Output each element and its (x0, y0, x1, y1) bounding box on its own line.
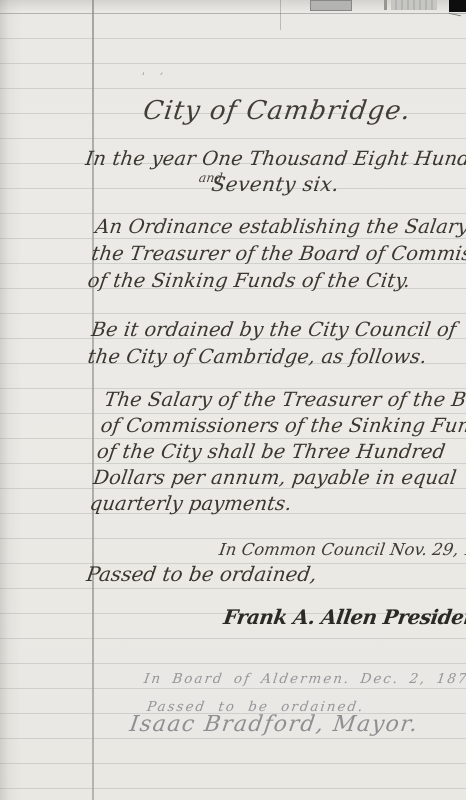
scan-edge-artifact (310, 0, 352, 11)
ordinance-title-paragraph: An Ordinance establishing the Salary of … (86, 213, 466, 294)
aldermen-record: In Board of Aldermen. Dec. 2, 1876. (143, 671, 466, 687)
scan-edge-artifact (384, 0, 387, 10)
council-action-line: Passed to be ordained, (85, 562, 318, 586)
enactment-line: the City of Cambridge, as follows. (86, 343, 454, 370)
mayor-signature: Isaac Bradford, Mayor. (128, 712, 420, 737)
ordinance-line: the Treasurer of the Board of Commission… (90, 240, 466, 267)
scan-edge-artifact (391, 0, 437, 10)
document-page: ʾ ʼ City of Cambridge. In the year One T… (0, 0, 466, 800)
year-line-continued: Seventy six. (210, 172, 341, 196)
document-title: City of Cambridge. (90, 96, 464, 126)
section-line: of the City shall be Three Hundred (95, 439, 466, 465)
section-line: The Salary of the Treasurer of the Board (103, 387, 466, 413)
scan-corner-black-mark (449, 0, 466, 12)
enactment-paragraph: Be it ordained by the City Council of th… (86, 316, 458, 370)
paper-crease (280, 0, 281, 30)
ordinance-line: of the Sinking Funds of the City. (86, 267, 466, 294)
top-ruled-line (0, 13, 466, 14)
section-line: Dollars per annum, payable in equal (92, 465, 466, 491)
salary-section-paragraph: The Salary of the Treasurer of the Board… (88, 387, 466, 517)
stray-pencil-marks: ʾ ʼ (140, 72, 169, 83)
section-line: quarterly payments. (88, 491, 466, 517)
section-line: of Commissioners of the Sinking Funds (99, 413, 466, 439)
president-signature: Frank A. Allen President, (222, 605, 466, 629)
ordinance-line: An Ordinance establishing the Salary of (94, 213, 466, 240)
common-council-record: In Common Council Nov. 29, 1876. (218, 540, 466, 559)
year-line: In the year One Thousand Eight Hundred (84, 147, 466, 170)
enactment-line: Be it ordained by the City Council of (90, 316, 458, 343)
